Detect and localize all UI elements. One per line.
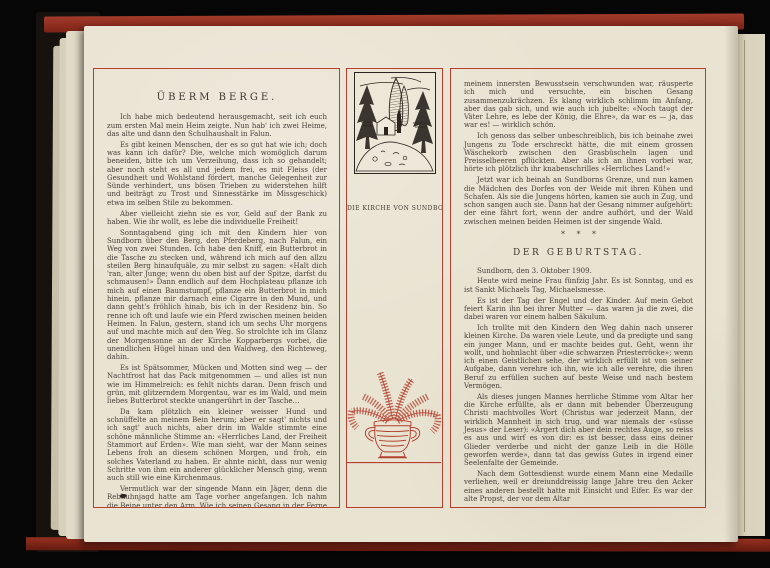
chapter-title: ÜBERM BERGE. (107, 94, 327, 102)
paragraph: Sonntagabend ging ich mit den Kindern hi… (107, 229, 327, 362)
right-text-frame: meinem innersten Bewusstsein verschwunde… (450, 68, 706, 508)
paragraph: Es ist der Tag der Engel und der Kinder.… (464, 297, 693, 322)
paragraph: Nach dem Gottesdienst wurde einem Mann e… (464, 470, 693, 503)
right-column: meinem innersten Bewusstsein verschwunde… (451, 69, 705, 508)
page-fold-crease (744, 40, 745, 532)
paragraph: Ich trollte mit den Kindern den Weg dahi… (464, 324, 693, 390)
paragraph: Vermutlich war der singende Mann ein Jäg… (107, 485, 327, 508)
paragraph: Heute wird meine Frau fünfzig Jahr. Es i… (464, 277, 693, 294)
paragraph: Jetzt war ich beinah an Sundborns Grenze… (464, 176, 693, 226)
church-illustration (354, 72, 436, 174)
paragraph: Aber vielleicht ziehn sie es vor, Geld a… (107, 210, 327, 227)
illustration-caption: DIE KIRCHE VON SUNDBORN (347, 205, 442, 212)
paragraph: Als dieses jungen Mannes herrliche Stimm… (464, 393, 693, 468)
gutter-shadow (724, 26, 738, 542)
paragraph: Ich habe mich bedeutend herausgemacht, s… (107, 113, 327, 138)
pine-branches-pot-icon (347, 365, 441, 471)
left-column: ÜBERM BERGE. Ich habe mich bedeutend her… (94, 69, 339, 508)
illustration-strip-frame: DIE KIRCHE VON SUNDBORN (346, 68, 443, 508)
paragraph: Es gibt keinen Menschen, der es so gut h… (107, 141, 327, 207)
pine-ornament (347, 365, 442, 471)
photographed-open-book: ÜBERM BERGE. Ich habe mich bedeutend her… (0, 0, 770, 568)
left-text-frame: ÜBERM BERGE. Ich habe mich bedeutend her… (93, 68, 340, 508)
paragraph: meinem innersten Bewusstsein verschwunde… (464, 80, 693, 130)
dateline: Sundborn, den 3. Oktober 1909. (464, 267, 693, 275)
section-separator: * * * (464, 231, 693, 239)
church-of-sundborn-drawing-icon (355, 73, 434, 172)
paragraph: Es ist Spätsommer, Mücken und Motten sin… (107, 364, 327, 405)
section-title: DER GEBURTSTAG. (464, 249, 693, 257)
paragraph: Ich genoss das selber unbeschreiblich, b… (464, 132, 693, 173)
facing-page-sliver (738, 34, 765, 536)
paragraph: Da kam plötzlich ein kleiner weisser Hun… (107, 408, 327, 483)
